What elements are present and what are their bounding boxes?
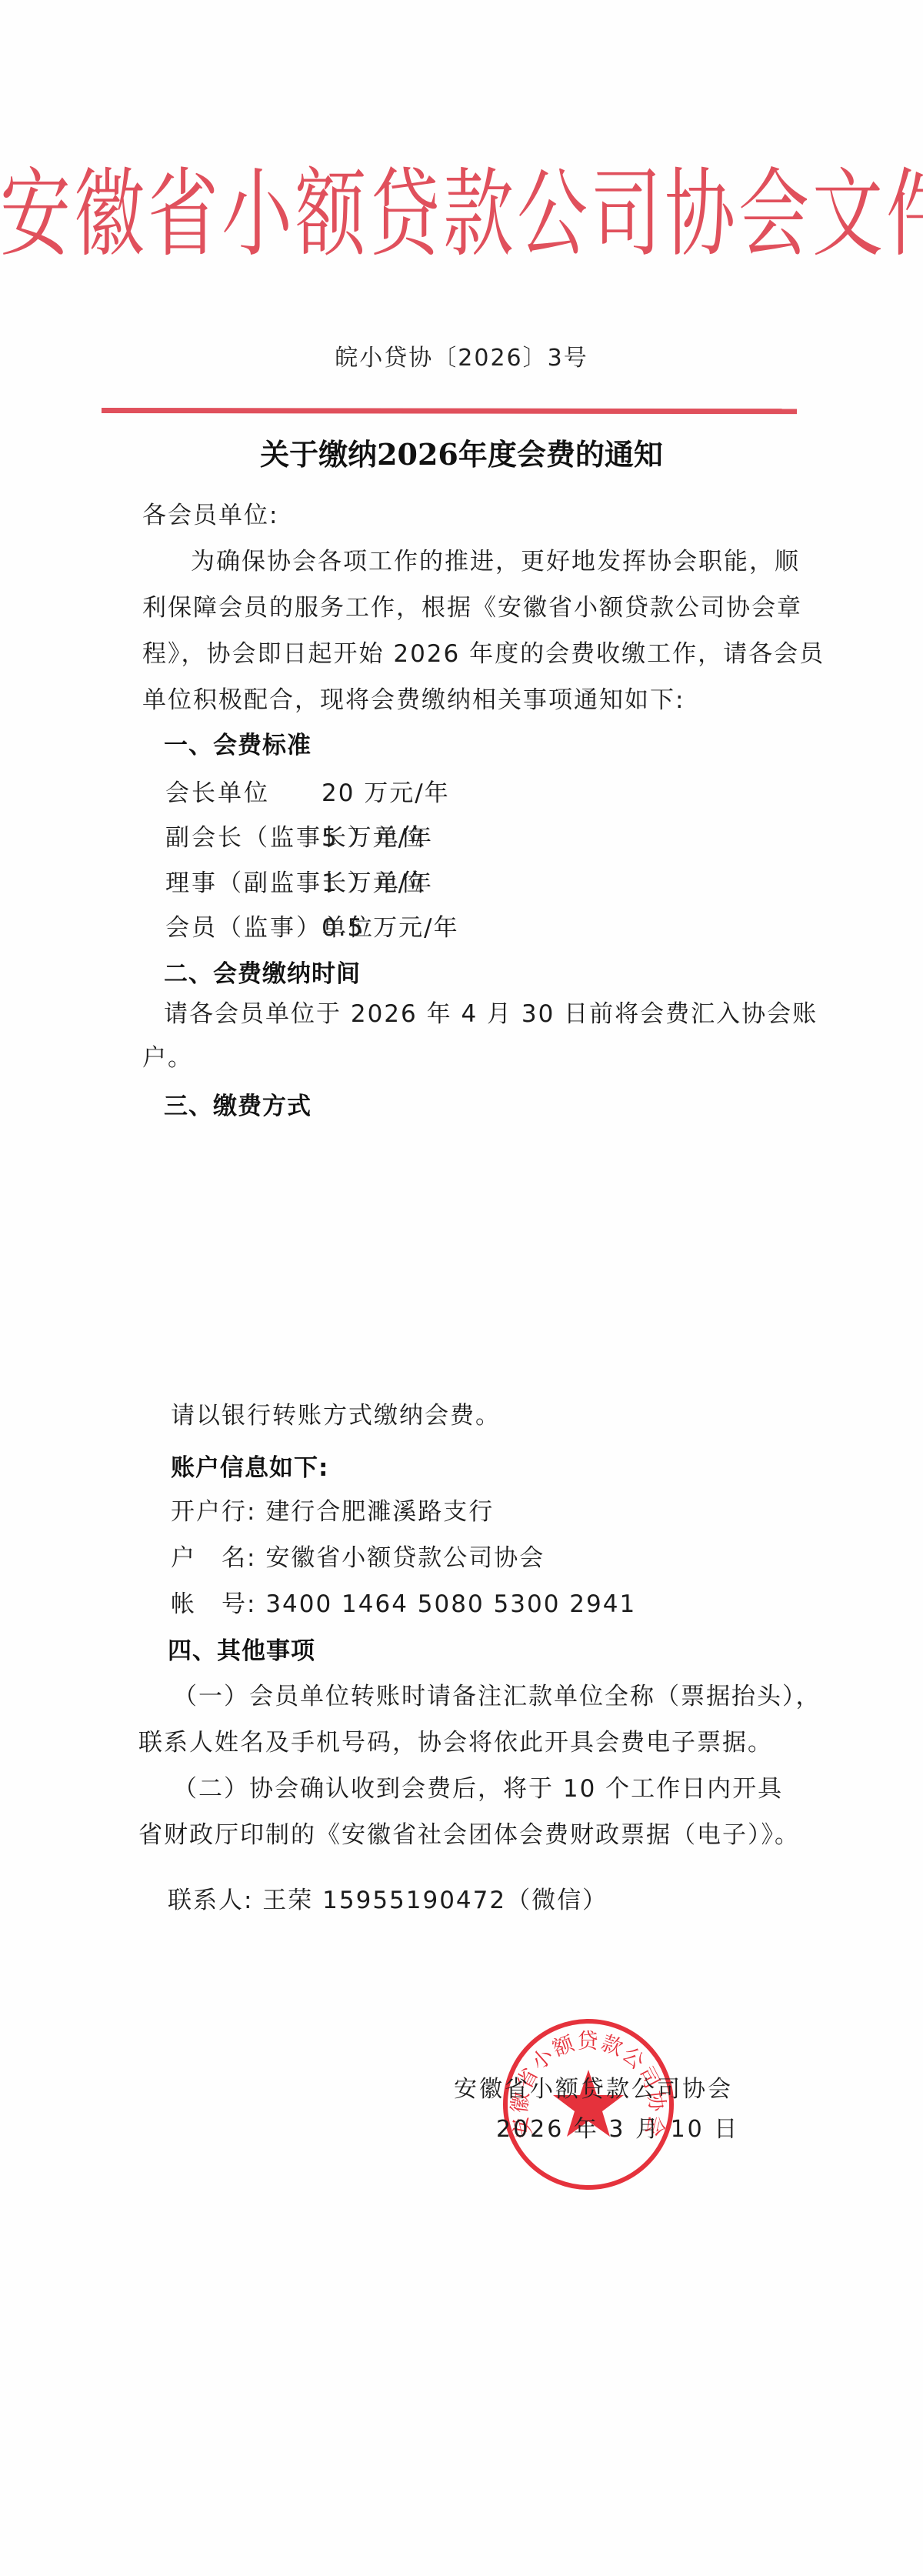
section-heading-payment-time: 二、会费缴纳时间 <box>164 954 361 989</box>
official-seal-icon: 安徽省小额贷款公司协会 <box>500 2016 677 2193</box>
payment-time-line-2: 户。 <box>142 1035 193 1081</box>
section-heading-other-matters: 四、其他事项 <box>168 1631 315 1666</box>
account-name-field: 户 名: 安徽省小额贷款公司协会 <box>171 1535 545 1581</box>
account-info-heading: 账户信息如下: <box>171 1448 328 1483</box>
section-heading-payment-method: 三、缴费方式 <box>164 1086 312 1121</box>
contact-info: 联系人: 王荣 15955190472（微信） <box>168 1877 608 1924</box>
salutation: 各会员单位: <box>142 492 278 539</box>
bank-field: 开户行: 建行合肥濉溪路支行 <box>171 1489 494 1535</box>
organization-banner: 安徽省小额贷款公司协会文件 <box>0 158 923 272</box>
signature-date: 2026 年 3 月 10 日 <box>496 2110 739 2144</box>
notice-title: 关于缴纳2026年度会费的通知 <box>0 431 923 473</box>
other-item1-line-2: 联系人姓名及手机号码，协会将依此开具会费电子票据。 <box>138 1720 773 1766</box>
fee-row-value: 20 万元/年 <box>322 773 450 808</box>
fee-row-value: 1 万元/年 <box>322 863 433 898</box>
document-page: 安徽省小额贷款公司协会文件 皖小贷协〔2026〕3号 关于缴纳2026年度会费的… <box>0 0 923 2576</box>
account-number-label: 帐 号: <box>171 1590 256 1618</box>
account-number-field: 帐 号: 3400 1464 5080 5300 2941 <box>171 1581 636 1627</box>
document-number: 皖小贷协〔2026〕3号 <box>0 339 923 372</box>
bank-value: 建行合肥濉溪路支行 <box>265 1498 494 1526</box>
account-number-value: 3400 1464 5080 5300 2941 <box>265 1590 636 1618</box>
account-name-value: 安徽省小额贷款公司协会 <box>265 1544 545 1572</box>
fee-row-value: 5 万元/年 <box>322 818 433 853</box>
intro-line-3: 程》，协会即日起开始 2026 年度的会费收缴工作，请各会员 <box>142 631 825 677</box>
fee-row-label: 会长单位 <box>165 773 270 808</box>
intro-line-1: 为确保协会各项工作的推进，更好地发挥协会职能，顺 <box>191 539 800 585</box>
payment-method-instruction: 请以银行转账方式缴纳会费。 <box>171 1393 501 1439</box>
bank-label: 开户行: <box>171 1498 256 1526</box>
other-item2-line-2: 省财政厅印制的《安徽省社会团体会费财政票据（电子）》。 <box>138 1812 800 1858</box>
intro-line-4: 单位积极配合，现将会费缴纳相关事项通知如下: <box>142 677 685 723</box>
fee-row-value: 0.5 万元/年 <box>322 908 459 943</box>
other-item2-line-1: （二）协会确认收到会费后，将于 10 个工作日内开具 <box>173 1766 783 1812</box>
section-heading-fee-standard: 一、会费标准 <box>164 726 312 760</box>
other-item1-line-1: （一）会员单位转账时请备注汇款单位全称（票据抬头）， <box>173 1673 821 1720</box>
intro-line-2: 利保障会员的服务工作，根据《安徽省小额贷款公司协会章 <box>142 585 802 631</box>
signature-organization: 安徽省小额贷款公司协会 <box>454 2070 733 2104</box>
account-name-label: 户 名: <box>171 1544 256 1572</box>
payment-time-line-1: 请各会员单位于 2026 年 4 月 30 日前将会费汇入协会账 <box>164 991 818 1037</box>
red-divider-line <box>102 408 797 414</box>
